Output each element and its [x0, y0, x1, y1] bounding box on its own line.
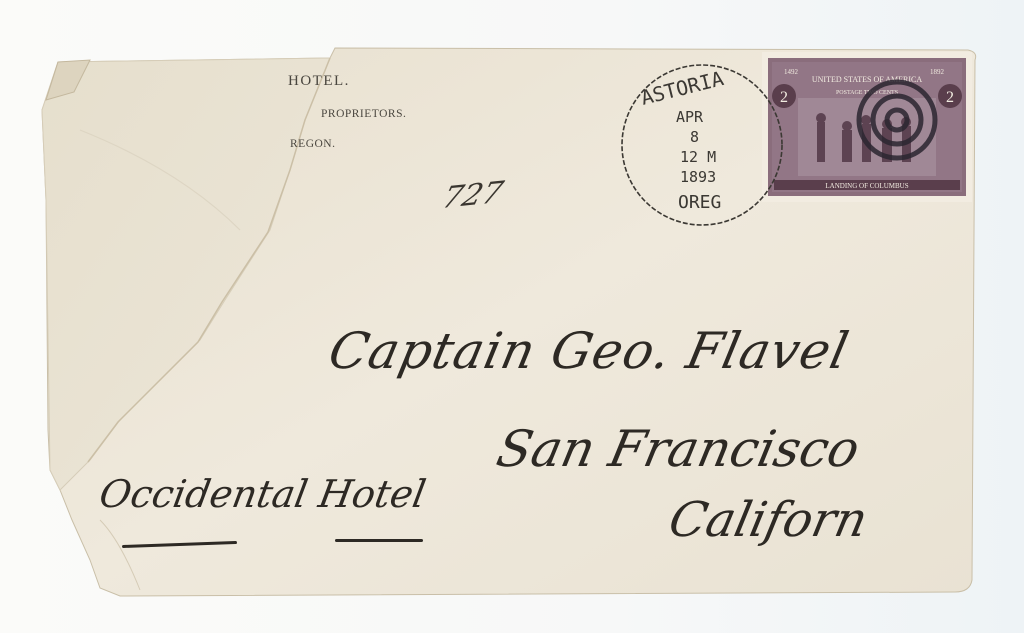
handwritten-city: San Francisco	[492, 420, 865, 478]
postmark-year: 1893	[680, 168, 716, 186]
postmark-month: APR	[676, 108, 703, 126]
letterhead-proprietors: PROPRIETORS.	[321, 108, 406, 120]
postmark-day: 8	[690, 128, 699, 146]
letterhead-hotel: HOTEL.	[288, 73, 350, 90]
stamp-denomination-left: 2	[780, 89, 788, 106]
handwritten-hotel: Occidental Hotel	[96, 472, 429, 516]
postmark-state: OREG	[678, 192, 721, 213]
stamp-caption: LANDING OF COLUMBUS	[825, 182, 908, 190]
hotel-underline-2	[335, 539, 423, 542]
handwritten-note: 727	[439, 175, 507, 216]
handwritten-state: Californ	[664, 492, 872, 548]
envelope-graphic: 2 2 1492 1892 UNITED STATES OF AMERICA P…	[0, 0, 1024, 633]
stamp: 2 2 1492 1892 UNITED STATES OF AMERICA P…	[762, 52, 972, 202]
stamp-year-left: 1492	[784, 68, 799, 76]
stamp-denomination-right: 2	[946, 89, 954, 106]
envelope-scan: 2 2 1492 1892 UNITED STATES OF AMERICA P…	[0, 0, 1024, 633]
postmark-time: 12 M	[680, 148, 716, 166]
stamp-year-right: 1892	[930, 68, 945, 76]
letterhead-state: REGON.	[290, 138, 336, 150]
handwritten-recipient: Captain Geo. Flavel	[324, 322, 854, 380]
